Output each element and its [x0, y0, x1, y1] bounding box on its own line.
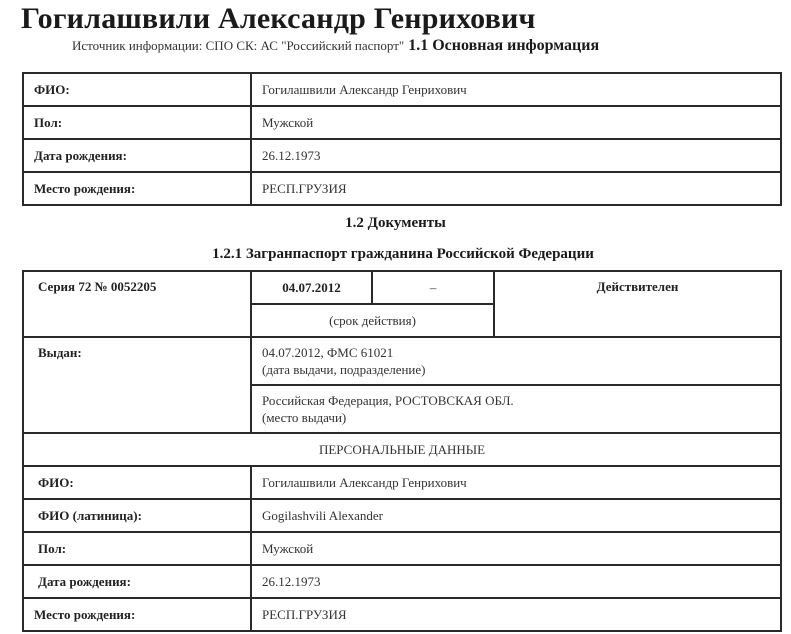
issued-place-caption: (место выдачи)	[262, 409, 770, 426]
label-fio: ФИО:	[23, 73, 251, 106]
table-row: Место рождения: РЕСП.ГРУЗИЯ	[23, 172, 781, 205]
value-birth-date: 26.12.1973	[251, 565, 781, 598]
passport-status: Действителен	[494, 271, 781, 337]
table-row: ПЕРСОНАЛЬНЫЕ ДАННЫЕ	[23, 433, 781, 466]
value-birth-place: РЕСП.ГРУЗИЯ	[251, 172, 781, 205]
section-1-2-heading: 1.2 Документы	[0, 215, 791, 232]
label-birth-place: Место рождения:	[23, 598, 251, 631]
table-row: ФИО (латиница): Gogilashvili Alexander	[23, 499, 781, 532]
table-row: Пол: Мужской	[23, 106, 781, 139]
value-fio: Гогилашвили Александр Генрихович	[251, 466, 781, 499]
validity-caption: (срок действия)	[251, 304, 494, 337]
value-fio-latin: Gogilashvili Alexander	[251, 499, 781, 532]
table-row: Выдан: 04.07.2012, ФМС 61021 (дата выдач…	[23, 337, 781, 385]
value-fio: Гогилашвили Александр Генрихович	[251, 73, 781, 106]
value-birth-date: 26.12.1973	[251, 139, 781, 172]
table-row: ФИО: Гогилашвили Александр Генрихович	[23, 466, 781, 499]
source-info: Источник информации: СПО СК: АС "Российс…	[72, 38, 404, 53]
table-row: ФИО: Гогилашвили Александр Генрихович	[23, 73, 781, 106]
label-sex: Пол:	[23, 532, 251, 565]
issued-date-unit: 04.07.2012, ФМС 61021	[262, 344, 770, 361]
issued-label: Выдан:	[23, 337, 251, 433]
valid-from: 04.07.2012	[251, 271, 372, 304]
section-1-2-1-heading: 1.2.1 Загранпаспорт гражданина Российско…	[0, 246, 791, 263]
passport-series-number: Серия 72 № 0052205	[23, 271, 251, 337]
value-birth-place: РЕСП.ГРУЗИЯ	[251, 598, 781, 631]
label-fio: ФИО:	[23, 466, 251, 499]
table-row: Место рождения: РЕСП.ГРУЗИЯ	[23, 598, 781, 631]
table-row: Дата рождения: 26.12.1973	[23, 139, 781, 172]
label-sex: Пол:	[23, 106, 251, 139]
table-row: Дата рождения: 26.12.1973	[23, 565, 781, 598]
issued-place-cell: Российская Федерация, РОСТОВСКАЯ ОБЛ. (м…	[251, 385, 781, 433]
label-birth-date: Дата рождения:	[23, 565, 251, 598]
value-sex: Мужской	[251, 532, 781, 565]
issued-date-unit-caption: (дата выдачи, подразделение)	[262, 361, 770, 378]
table-row: Серия 72 № 0052205 04.07.2012 – Действит…	[23, 271, 781, 304]
table-row: Пол: Мужской	[23, 532, 781, 565]
value-sex: Мужской	[251, 106, 781, 139]
section-1-1-heading: 1.1 Основная информация	[408, 37, 599, 54]
label-birth-place: Место рождения:	[23, 172, 251, 205]
subtitle-line: Источник информации: СПО СК: АС "Российс…	[72, 37, 599, 55]
personal-data-header: ПЕРСОНАЛЬНЫЕ ДАННЫЕ	[23, 433, 781, 466]
valid-to: –	[372, 271, 494, 304]
label-birth-date: Дата рождения:	[23, 139, 251, 172]
issued-place: Российская Федерация, РОСТОВСКАЯ ОБЛ.	[262, 392, 770, 409]
label-fio-latin: ФИО (латиница):	[23, 499, 251, 532]
basic-info-table: ФИО: Гогилашвили Александр Генрихович По…	[22, 72, 782, 206]
passport-table: Серия 72 № 0052205 04.07.2012 – Действит…	[22, 270, 782, 632]
issued-date-unit-cell: 04.07.2012, ФМС 61021 (дата выдачи, подр…	[251, 337, 781, 385]
person-name-title: Гогилашвили Александр Генрихович	[21, 2, 536, 36]
